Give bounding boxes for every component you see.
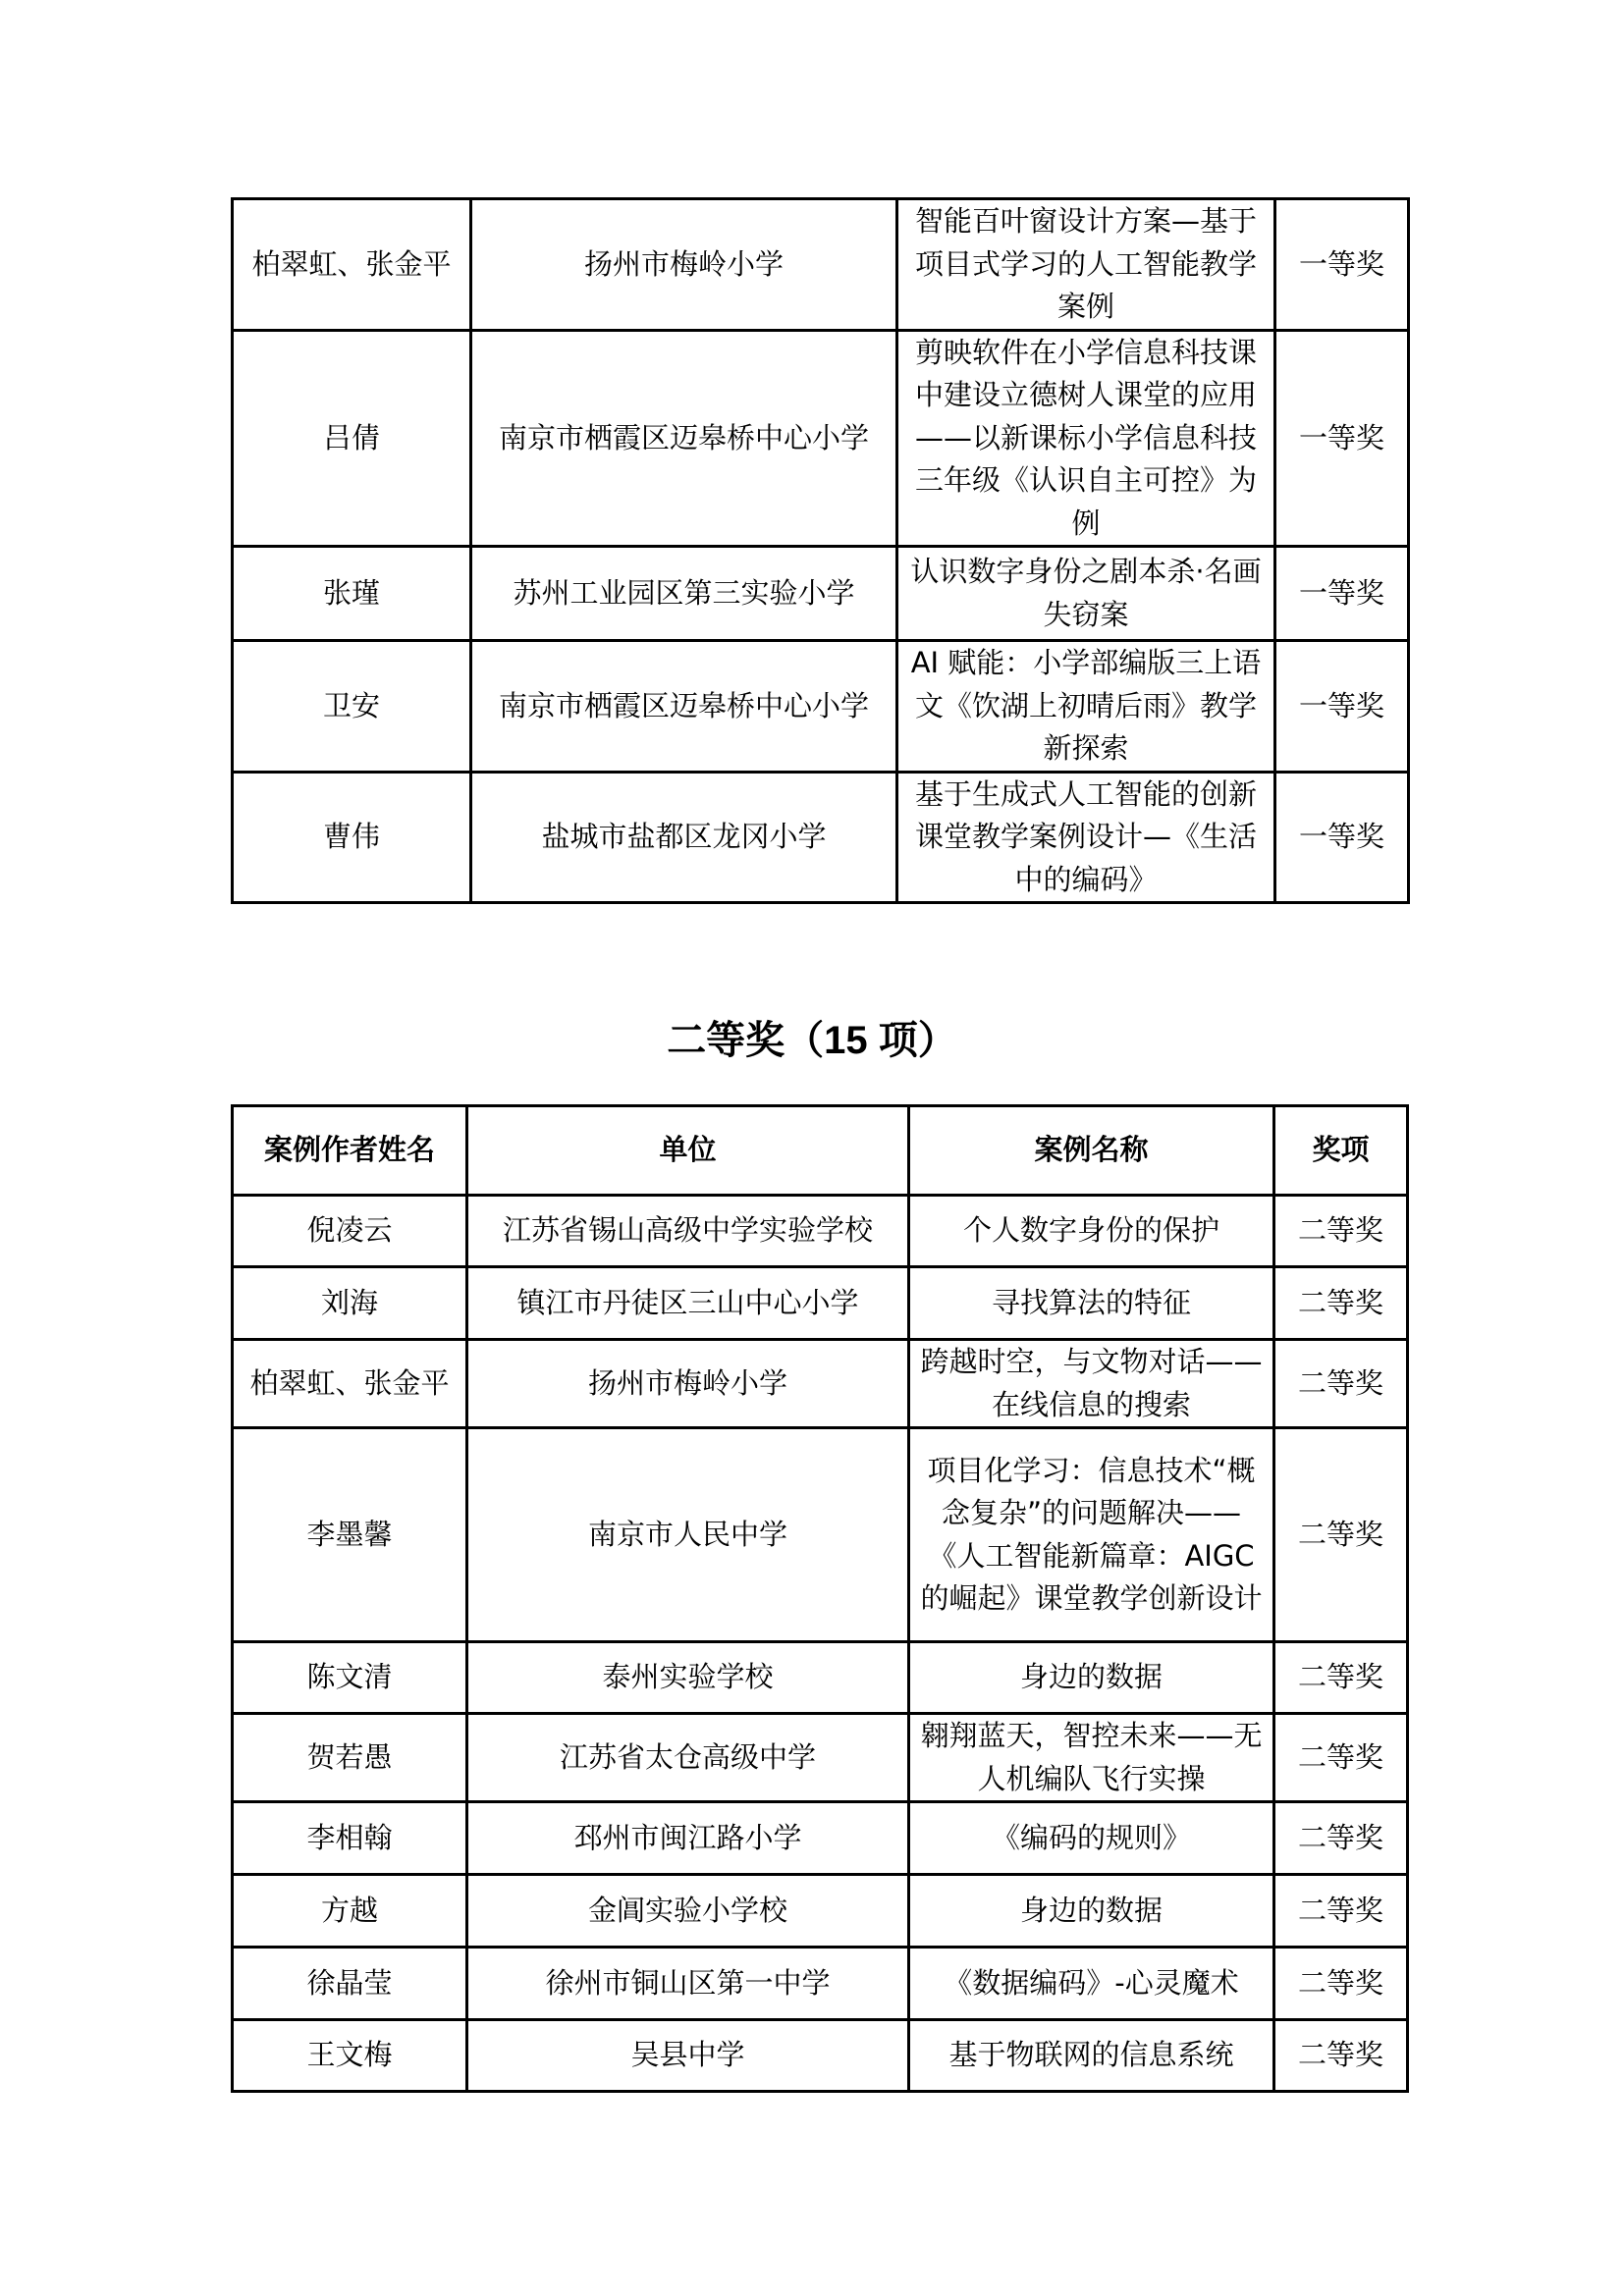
first-prize-table: 柏翠虹、张金平 扬州市梅岭小学 智能百叶窗设计方案—基于项目式学习的人工智能教学… (231, 197, 1410, 904)
table-row: 倪凌云 江苏省锡山高级中学实验学校 个人数字身份的保护 二等奖 (233, 1196, 1408, 1267)
award-cell: 二等奖 (1274, 2020, 1408, 2092)
table-row: 李相翰 邳州市闽江路小学 《编码的规则》 二等奖 (233, 1802, 1408, 1875)
column-header-award: 奖项 (1274, 1106, 1408, 1196)
table-row: 陈文清 泰州实验学校 身边的数据 二等奖 (233, 1642, 1408, 1714)
table-row: 李墨馨 南京市人民中学 项目化学习：信息技术“概念复杂”的问题解决——《人工智能… (233, 1428, 1408, 1642)
case-name-cell: 身边的数据 (909, 1642, 1274, 1714)
case-name-cell: 基于物联网的信息系统 (909, 2020, 1274, 2092)
column-header-author: 案例作者姓名 (233, 1106, 467, 1196)
table-row: 张瑾 苏州工业园区第三实验小学 认识数字身份之剧本杀·名画失窃案 一等奖 (233, 547, 1409, 641)
case-name-cell: 《编码的规则》 (909, 1802, 1274, 1875)
unit-cell: 南京市栖霞区迈皋桥中心小学 (471, 330, 897, 547)
author-cell: 王文梅 (233, 2020, 467, 2092)
case-name-cell: 项目化学习：信息技术“概念复杂”的问题解决——《人工智能新篇章：AIGC的崛起》… (909, 1428, 1274, 1642)
unit-cell: 扬州市梅岭小学 (471, 199, 897, 331)
table-row: 徐晶莹 徐州市铜山区第一中学 《数据编码》-心灵魔术 二等奖 (233, 1948, 1408, 2020)
case-name-cell: 智能百叶窗设计方案—基于项目式学习的人工智能教学案例 (897, 199, 1275, 331)
case-name-cell: 翱翔蓝天，智控未来——无人机编队飞行实操 (909, 1714, 1274, 1802)
unit-cell: 吴县中学 (467, 2020, 909, 2092)
author-cell: 吕倩 (233, 330, 471, 547)
table-row: 曹伟 盐城市盐都区龙冈小学 基于生成式人工智能的创新课堂教学案例设计—《生活中的… (233, 772, 1409, 903)
table-row: 刘海 镇江市丹徒区三山中心小学 寻找算法的特征 二等奖 (233, 1267, 1408, 1340)
author-cell: 卫安 (233, 641, 471, 773)
author-cell: 方越 (233, 1875, 467, 1948)
column-header-case-name: 案例名称 (909, 1106, 1274, 1196)
award-cell: 二等奖 (1274, 1714, 1408, 1802)
case-name-cell: AI 赋能：小学部编版三上语文《饮湖上初晴后雨》教学新探索 (897, 641, 1275, 773)
award-cell: 一等奖 (1275, 199, 1409, 331)
unit-cell: 南京市栖霞区迈皋桥中心小学 (471, 641, 897, 773)
case-name-cell: 认识数字身份之剧本杀·名画失窃案 (897, 547, 1275, 641)
table-row: 方越 金阊实验小学校 身边的数据 二等奖 (233, 1875, 1408, 1948)
unit-cell: 镇江市丹徒区三山中心小学 (467, 1267, 909, 1340)
award-cell: 一等奖 (1275, 330, 1409, 547)
author-cell: 柏翠虹、张金平 (233, 1340, 467, 1428)
unit-cell: 徐州市铜山区第一中学 (467, 1948, 909, 2020)
case-name-cell: 基于生成式人工智能的创新课堂教学案例设计—《生活中的编码》 (897, 772, 1275, 903)
author-cell: 张瑾 (233, 547, 471, 641)
table-row: 柏翠虹、张金平 扬州市梅岭小学 跨越时空，与文物对话——在线信息的搜索 二等奖 (233, 1340, 1408, 1428)
award-cell: 二等奖 (1274, 1802, 1408, 1875)
unit-cell: 盐城市盐都区龙冈小学 (471, 772, 897, 903)
unit-cell: 南京市人民中学 (467, 1428, 909, 1642)
unit-cell: 邳州市闽江路小学 (467, 1802, 909, 1875)
table-row: 吕倩 南京市栖霞区迈皋桥中心小学 剪映软件在小学信息科技课中建设立德树人课堂的应… (233, 330, 1409, 547)
author-cell: 柏翠虹、张金平 (233, 199, 471, 331)
author-cell: 贺若愚 (233, 1714, 467, 1802)
case-name-cell: 寻找算法的特征 (909, 1267, 1274, 1340)
second-prize-table: 案例作者姓名 单位 案例名称 奖项 倪凌云 江苏省锡山高级中学实验学校 个人数字… (231, 1104, 1409, 2093)
case-name-cell: 个人数字身份的保护 (909, 1196, 1274, 1267)
unit-cell: 金阊实验小学校 (467, 1875, 909, 1948)
second-prize-heading: 二等奖（15 项） (0, 1015, 1624, 1066)
author-cell: 徐晶莹 (233, 1948, 467, 2020)
award-cell: 一等奖 (1275, 547, 1409, 641)
case-name-cell: 身边的数据 (909, 1875, 1274, 1948)
award-cell: 二等奖 (1274, 1875, 1408, 1948)
author-cell: 刘海 (233, 1267, 467, 1340)
author-cell: 曹伟 (233, 772, 471, 903)
table-row: 柏翠虹、张金平 扬州市梅岭小学 智能百叶窗设计方案—基于项目式学习的人工智能教学… (233, 199, 1409, 331)
table-row: 王文梅 吴县中学 基于物联网的信息系统 二等奖 (233, 2020, 1408, 2092)
author-cell: 李相翰 (233, 1802, 467, 1875)
award-cell: 二等奖 (1274, 1642, 1408, 1714)
unit-cell: 扬州市梅岭小学 (467, 1340, 909, 1428)
unit-cell: 苏州工业园区第三实验小学 (471, 547, 897, 641)
award-cell: 二等奖 (1274, 1428, 1408, 1642)
award-cell: 一等奖 (1275, 641, 1409, 773)
column-header-unit: 单位 (467, 1106, 909, 1196)
author-cell: 李墨馨 (233, 1428, 467, 1642)
case-name-cell: 跨越时空，与文物对话——在线信息的搜索 (909, 1340, 1274, 1428)
award-cell: 一等奖 (1275, 772, 1409, 903)
author-cell: 倪凌云 (233, 1196, 467, 1267)
table-row: 卫安 南京市栖霞区迈皋桥中心小学 AI 赋能：小学部编版三上语文《饮湖上初晴后雨… (233, 641, 1409, 773)
unit-cell: 江苏省锡山高级中学实验学校 (467, 1196, 909, 1267)
case-name-cell: 《数据编码》-心灵魔术 (909, 1948, 1274, 2020)
award-cell: 二等奖 (1274, 1267, 1408, 1340)
table-row: 贺若愚 江苏省太仓高级中学 翱翔蓝天，智控未来——无人机编队飞行实操 二等奖 (233, 1714, 1408, 1802)
unit-cell: 泰州实验学校 (467, 1642, 909, 1714)
unit-cell: 江苏省太仓高级中学 (467, 1714, 909, 1802)
award-cell: 二等奖 (1274, 1196, 1408, 1267)
case-name-cell: 剪映软件在小学信息科技课中建设立德树人课堂的应用——以新课标小学信息科技三年级《… (897, 330, 1275, 547)
table-header-row: 案例作者姓名 单位 案例名称 奖项 (233, 1106, 1408, 1196)
award-cell: 二等奖 (1274, 1948, 1408, 2020)
award-cell: 二等奖 (1274, 1340, 1408, 1428)
author-cell: 陈文清 (233, 1642, 467, 1714)
